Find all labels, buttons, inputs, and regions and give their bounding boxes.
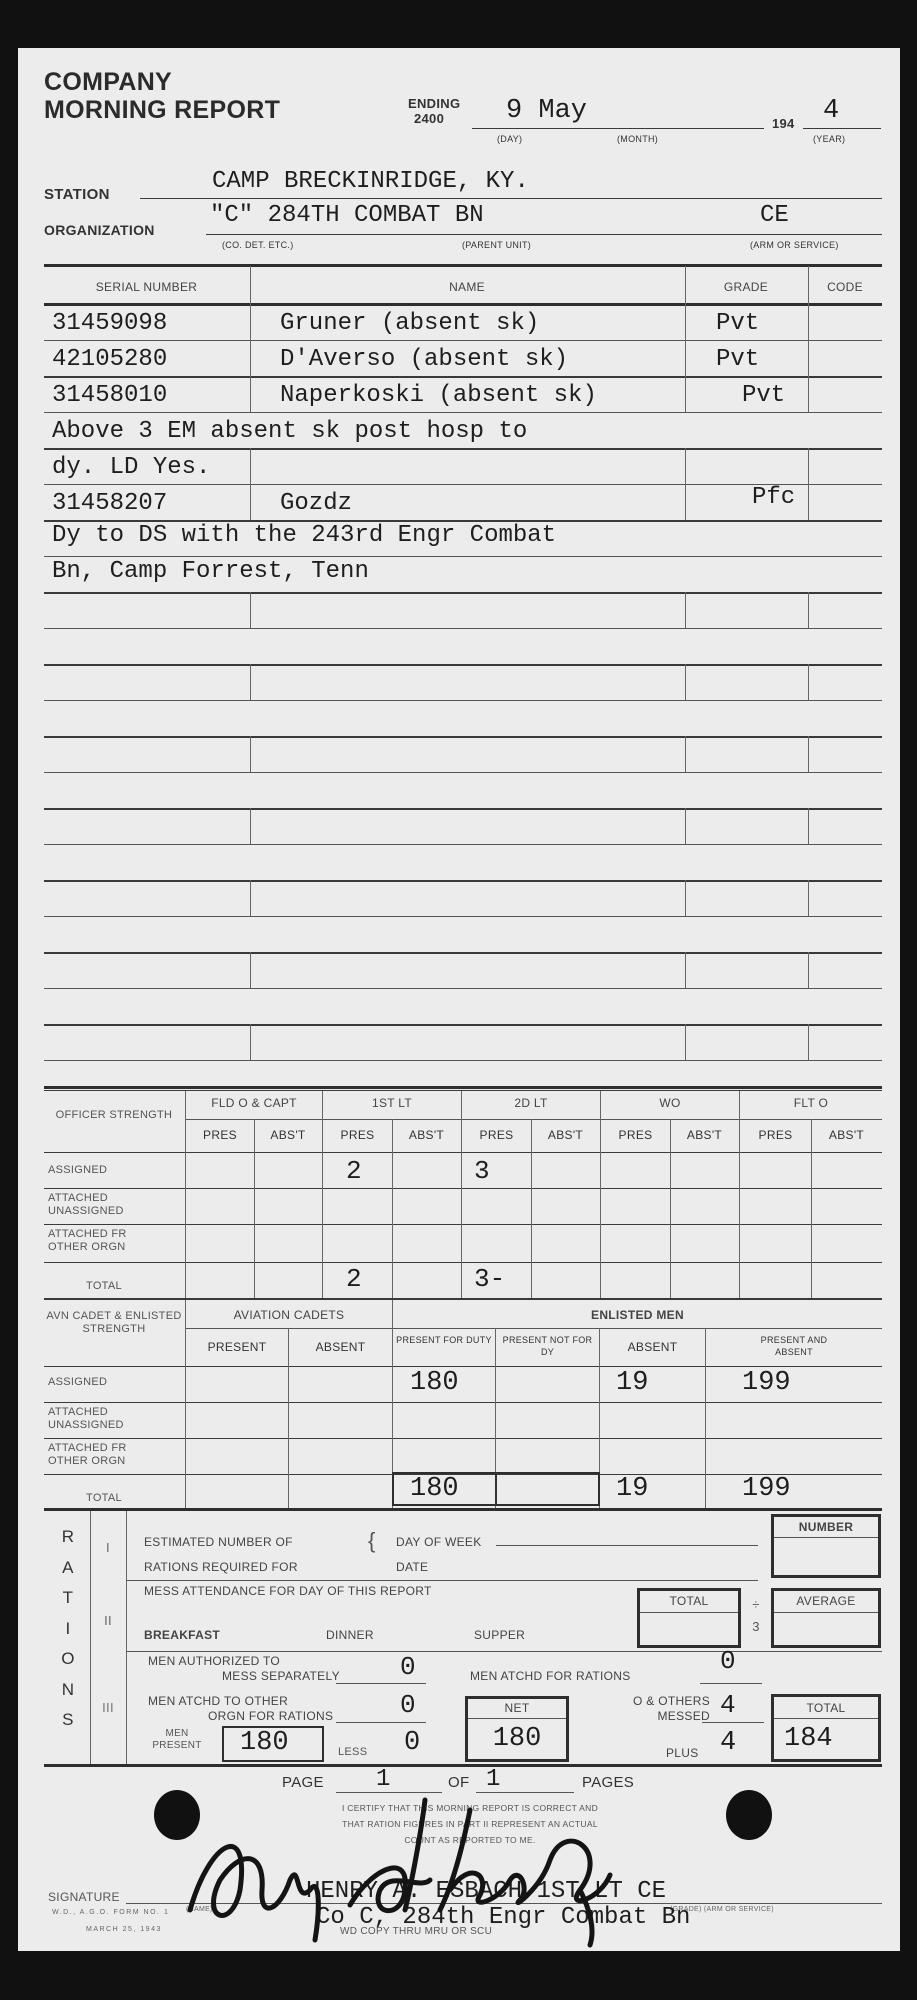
ending-time: 2400 [408, 111, 460, 126]
co-det-label: (CO. DET. ETC.) [222, 240, 294, 250]
men-atchd-other-value: 0 [400, 1690, 416, 1720]
col-header-code: CODE [808, 280, 882, 294]
enlisted-row-attached-other: ATTACHED FR OTHER ORGN [48, 1442, 168, 1468]
em-absent: ABSENT [600, 1340, 705, 1354]
men-present-value: 180 [240, 1728, 289, 1758]
mess-total-label: TOTAL [640, 1594, 738, 1608]
month-label: (MONTH) [617, 134, 658, 144]
date-label: DATE [396, 1555, 482, 1580]
divide-by-three: ÷ 3 [746, 1594, 766, 1638]
men-authorized-label-2: MESS SEPARATELY [222, 1669, 340, 1683]
men-atchd-other-label-2: ORGN FOR RATIONS [208, 1709, 333, 1723]
enlisted-strength-title: AVN CADET & ENLISTED STRENGTH [44, 1310, 184, 1336]
entry-serial: 31459098 [52, 310, 167, 337]
men-atchd-other-label-1: MEN ATCHD TO OTHER [148, 1694, 288, 1708]
enlisted-men-header: ENLISTED MEN [393, 1308, 882, 1322]
avn-absent: ABSENT [289, 1340, 392, 1354]
men-present-label: MEN PRESENT [136, 1728, 218, 1752]
rations-side-label: R A T I O N S [56, 1522, 80, 1736]
officer-group-fld-capt: FLD O & CAPT [186, 1096, 322, 1110]
rations-section-3-roman: III [90, 1700, 126, 1715]
officer-row-attached-unassigned: ATTACHED UNASSIGNED [48, 1192, 168, 1218]
day-of-week-label: DAY OF WEEK [396, 1530, 482, 1555]
plus-label: PLUS [666, 1746, 699, 1760]
others-messed-value: 4 [720, 1690, 736, 1720]
em-present-and-absent: PRESENT AND ABSENT [706, 1334, 882, 1358]
entry-serial: 31458010 [52, 382, 167, 409]
aviation-cadets-header: AVIATION CADETS [186, 1308, 392, 1322]
avn-present: PRESENT [186, 1340, 288, 1354]
officer-group-1st-lt: 1ST LT [323, 1096, 461, 1110]
col-header-name: NAME [250, 280, 684, 294]
year-prefix: 194 [772, 116, 795, 131]
ending-label: ENDING 2400 [408, 96, 460, 126]
rations-section-1-label: ESTIMATED NUMBER OF RATIONS REQUIRED FOR [144, 1530, 298, 1580]
entry-name: Gruner (absent sk) [280, 310, 539, 337]
punch-hole-right [726, 1790, 772, 1840]
form-id-line2: MARCH 25, 1943 [86, 1926, 162, 1933]
sub-pres: PRES [323, 1128, 392, 1142]
organization-label: ORGANIZATION [44, 222, 155, 238]
plus-value: 4 [720, 1728, 736, 1758]
entry-grade: Pvt [716, 346, 759, 373]
entry-remark: Bn, Camp Forrest, Tenn [52, 558, 369, 585]
men-authorized-label-1: MEN AUTHORIZED TO [148, 1654, 280, 1668]
entry-name: Naperkoski (absent sk) [280, 382, 597, 409]
entry-remark: dy. LD Yes. [52, 454, 210, 481]
signature-label: SIGNATURE [48, 1890, 120, 1904]
rations-section-1-fields: DAY OF WEEK DATE [396, 1530, 482, 1580]
table-top-border [44, 264, 882, 267]
others-messed-label: O & OTHERS MESSED [620, 1694, 710, 1724]
sub-abst: ABS'T [811, 1128, 882, 1142]
sub-abst: ABS'T [670, 1128, 739, 1142]
em-total-present-and-absent: 199 [742, 1474, 791, 1504]
em-total-present-for-duty: 180 [410, 1474, 459, 1504]
officer-group-2d-lt: 2D LT [462, 1096, 600, 1110]
em-assigned-present-for-duty: 180 [410, 1368, 459, 1398]
officer-row-assigned: ASSIGNED [48, 1164, 107, 1176]
col-header-grade: GRADE [685, 280, 807, 294]
entry-name: Gozdz [280, 490, 352, 517]
parent-unit-label: (PARENT UNIT) [462, 240, 531, 250]
sub-pres: PRES [601, 1128, 670, 1142]
form-title-line2: MORNING REPORT [44, 96, 280, 124]
form-title: COMPANY MORNING REPORT [44, 68, 280, 124]
officer-group-wo: WO [601, 1096, 739, 1110]
second-lt-total-pres: 3- [474, 1264, 505, 1294]
ending-word: ENDING [408, 96, 460, 111]
net-label: NET [468, 1701, 566, 1715]
entry-serial: 31458207 [52, 490, 167, 517]
rations-section-2-roman: II [90, 1613, 126, 1628]
second-lt-assigned-pres: 3 [474, 1156, 490, 1186]
entry-name: D'Averso (absent sk) [280, 346, 568, 373]
entry-remark: Above 3 EM absent sk post hosp to [52, 418, 527, 445]
enlisted-row-attached-unassigned: ATTACHED UNASSIGNED [48, 1406, 168, 1432]
dinner-label: DINNER [326, 1628, 374, 1642]
first-lt-assigned-pres: 2 [346, 1156, 362, 1186]
year-label: (YEAR) [813, 134, 845, 144]
organization-value: "C" 284TH COMBAT BN [210, 202, 484, 229]
year-value: 4 [823, 96, 839, 126]
officer-group-flt-o: FLT O [740, 1096, 882, 1110]
sub-pres: PRES [740, 1128, 811, 1142]
entry-serial: 42105280 [52, 346, 167, 373]
rations-section-1-roman: I [90, 1540, 126, 1555]
entry-grade: Pfc [752, 484, 795, 511]
mess-attendance-label: MESS ATTENDANCE FOR DAY OF THIS REPORT [144, 1584, 432, 1598]
officer-strength-title: OFFICER STRENGTH [44, 1108, 184, 1123]
organization-underline [206, 234, 882, 235]
table-header-border [44, 303, 882, 306]
em-present-for-duty: PRESENT FOR DUTY [393, 1334, 495, 1346]
year-underline [803, 128, 881, 129]
net-value: 180 [468, 1724, 566, 1754]
date-value: 9 May [506, 96, 587, 126]
em-total-absent: 19 [616, 1474, 648, 1504]
officer-row-total: TOTAL [86, 1280, 122, 1292]
less-value: 0 [404, 1728, 420, 1758]
brace-icon: { [368, 1530, 376, 1552]
arm-service-label: (ARM OR SERVICE) [750, 240, 839, 250]
col-header-serial: SERIAL NUMBER [44, 280, 249, 294]
entry-grade: Pvt [716, 310, 759, 337]
em-assigned-present-and-absent: 199 [742, 1368, 791, 1398]
mess-average-label: AVERAGE [774, 1594, 878, 1608]
enlisted-row-assigned: ASSIGNED [48, 1376, 107, 1388]
arm-service-value: CE [760, 202, 789, 229]
sub-abst: ABS'T [392, 1128, 461, 1142]
rations-number-label: NUMBER [774, 1520, 878, 1534]
first-lt-total-pres: 2 [346, 1264, 362, 1294]
date-underline [472, 128, 764, 129]
men-atchd-rations-value: 0 [720, 1646, 736, 1676]
rations-total-value: 184 [784, 1724, 833, 1754]
sub-pres: PRES [462, 1128, 531, 1142]
men-authorized-value: 0 [400, 1652, 416, 1682]
form-id-line1: W.D., A.G.O. FORM NO. 1 [52, 1909, 169, 1916]
rations-total-label: TOTAL [774, 1701, 878, 1715]
em-assigned-absent: 19 [616, 1368, 648, 1398]
entry-grade: Pvt [742, 382, 785, 409]
day-label: (DAY) [497, 134, 522, 144]
form-title-line1: COMPANY [44, 68, 280, 96]
sub-abst: ABS'T [531, 1128, 600, 1142]
station-label: STATION [44, 186, 110, 203]
men-atchd-rations-label: MEN ATCHD FOR RATIONS [470, 1669, 631, 1683]
entry-remark: Dy to DS with the 243rd Engr Combat [52, 522, 556, 549]
breakfast-label: BREAKFAST [144, 1628, 220, 1642]
sub-pres: PRES [186, 1128, 254, 1142]
supper-label: SUPPER [474, 1628, 525, 1642]
enlisted-row-total: TOTAL [86, 1492, 122, 1504]
less-label: LESS [338, 1746, 367, 1758]
em-present-not-for-dy: PRESENT NOT FOR DY [496, 1334, 599, 1358]
station-value: CAMP BRECKINRIDGE, KY. [212, 168, 529, 195]
station-underline [140, 198, 882, 199]
handwritten-signature [170, 1780, 690, 1950]
sub-abst: ABS'T [254, 1128, 322, 1142]
officer-row-attached-other: ATTACHED FR OTHER ORGN [48, 1228, 168, 1254]
